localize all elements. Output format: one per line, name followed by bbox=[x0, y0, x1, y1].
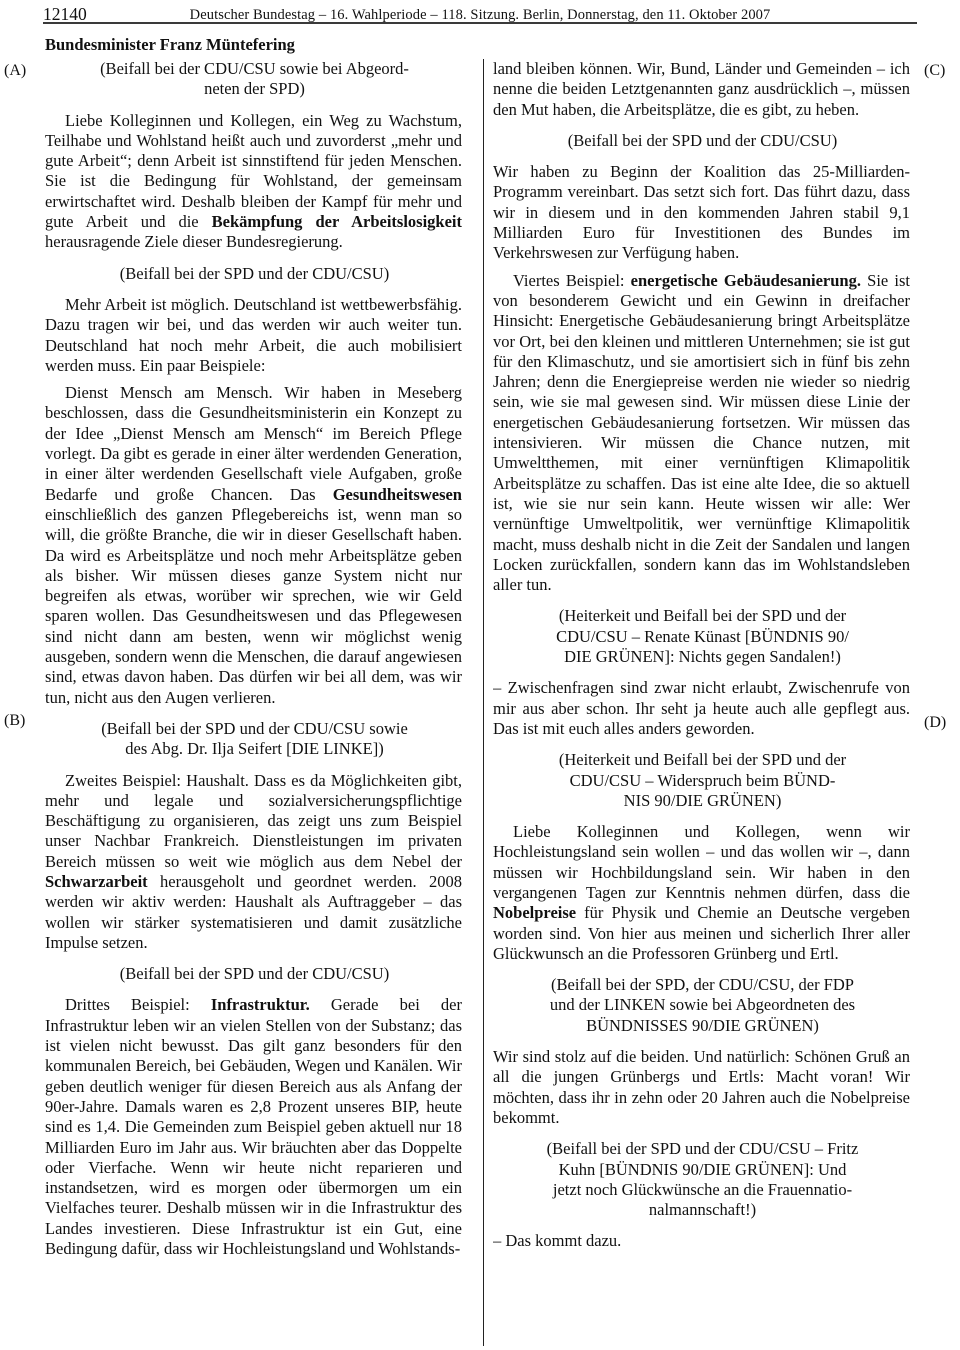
margin-marker-b: (B) bbox=[4, 712, 25, 730]
header-rule bbox=[43, 22, 917, 24]
right-column: land bleiben können. Wir, Bund, Länder u… bbox=[493, 59, 910, 1350]
interjection: (Beifall bei der SPD und der CDU/CSU sow… bbox=[81, 719, 428, 760]
margin-marker-c: (C) bbox=[924, 62, 945, 80]
speech-paragraph: Liebe Kolleginnen und Kollegen, wenn wir… bbox=[493, 822, 910, 964]
interjection: (Beifall bei der SPD und der CDU/CSU) bbox=[81, 964, 428, 984]
speech-paragraph: Mehr Arbeit ist möglich. Deutschland ist… bbox=[45, 295, 462, 376]
speech-paragraph: Wir haben zu Beginn der Koalition das 25… bbox=[493, 162, 910, 263]
emphasis-bold: Nobelpreise bbox=[493, 903, 576, 922]
speech-paragraph: Viertes Beispiel: energetische Gebäudesa… bbox=[493, 271, 910, 596]
column-divider bbox=[483, 59, 484, 1346]
emphasis-bold: Schwarzarbeit bbox=[45, 872, 148, 891]
emphasis-bold: Infrastruktur. bbox=[211, 995, 310, 1014]
interjection: (Beifall bei der SPD, der CDU/CSU, der F… bbox=[529, 975, 876, 1036]
speech-paragraph: land bleiben können. Wir, Bund, Länder u… bbox=[493, 59, 910, 120]
emphasis-bold: Bekämpfung der Arbeitslosigkeit bbox=[212, 212, 462, 231]
left-column: (Beifall bei der CDU/CSU sowie bei Abgeo… bbox=[45, 59, 462, 1350]
margin-marker-a: (A) bbox=[4, 62, 26, 80]
speech-paragraph: – Das kommt dazu. bbox=[493, 1231, 910, 1251]
speaker-name: Bundesminister Franz Müntefering bbox=[45, 35, 295, 55]
interjection: (Beifall bei der CDU/CSU sowie bei Abgeo… bbox=[81, 59, 428, 100]
speech-paragraph: Wir sind stolz auf die beiden. Und natür… bbox=[493, 1047, 910, 1128]
speech-paragraph: Drittes Beispiel: Infrastruktur. Gerade … bbox=[45, 995, 462, 1259]
speech-paragraph: – Zwischenfragen sind zwar nicht erlaubt… bbox=[493, 678, 910, 739]
interjection: (Beifall bei der SPD und der CDU/CSU – F… bbox=[529, 1139, 876, 1220]
speech-paragraph: Zweites Beispiel: Haushalt. Dass es da M… bbox=[45, 771, 462, 954]
interjection: (Beifall bei der SPD und der CDU/CSU) bbox=[529, 131, 876, 151]
speech-paragraph: Liebe Kolleginnen und Kollegen, ein Weg … bbox=[45, 111, 462, 253]
interjection: (Beifall bei der SPD und der CDU/CSU) bbox=[81, 264, 428, 284]
speech-paragraph: Dienst Mensch am Mensch. Wir haben in Me… bbox=[45, 383, 462, 708]
interjection: (Heiterkeit und Beifall bei der SPD und … bbox=[529, 606, 876, 667]
margin-marker-d: (D) bbox=[924, 714, 946, 732]
interjection: (Heiterkeit und Beifall bei der SPD und … bbox=[529, 750, 876, 811]
emphasis-bold: energetische Gebäudesanierung. bbox=[631, 271, 861, 290]
protocol-page: 12140 Deutscher Bundestag – 16. Wahlperi… bbox=[0, 0, 960, 1350]
emphasis-bold: Gesundheitswesen bbox=[333, 485, 462, 504]
